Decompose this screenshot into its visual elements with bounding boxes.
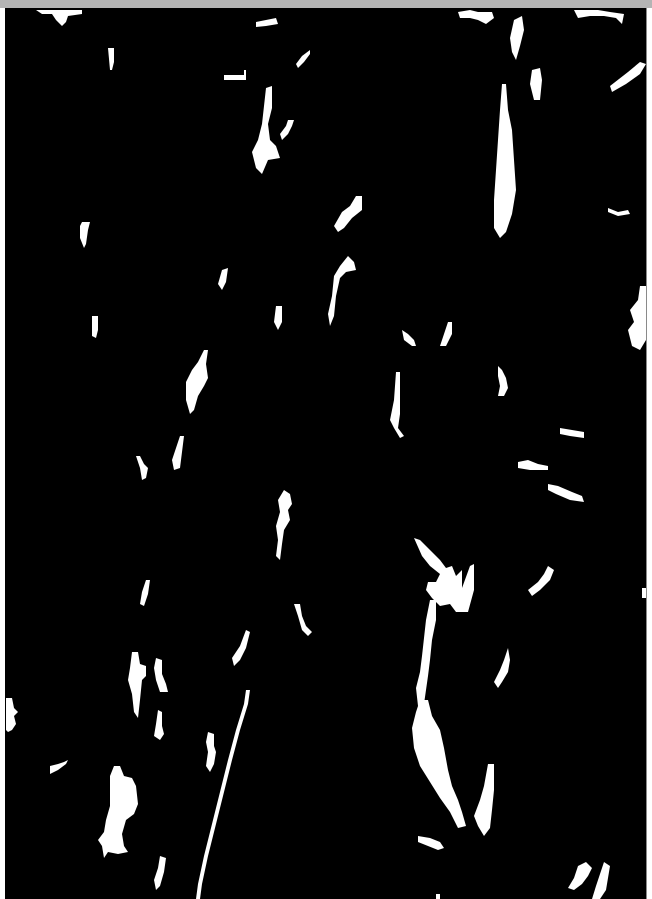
- mask-region: [80, 222, 90, 248]
- mask-region: [510, 16, 524, 60]
- mask-region: [154, 658, 168, 692]
- mask-region: [414, 538, 474, 612]
- mask-region: [494, 648, 510, 688]
- mask-region: [196, 690, 250, 899]
- segmentation-mask: [0, 0, 652, 899]
- mask-region: [458, 10, 494, 24]
- mask-region: [98, 766, 138, 858]
- mask-region: [412, 700, 466, 828]
- mask-region: [328, 256, 356, 326]
- mask-region: [548, 484, 584, 502]
- mask-region: [154, 710, 164, 740]
- mask-region: [628, 286, 646, 350]
- mask-region: [418, 836, 444, 850]
- mask-region: [140, 580, 150, 606]
- mask-region: [530, 68, 542, 100]
- mask-region: [274, 306, 282, 330]
- mask-region: [136, 456, 148, 480]
- mask-region: [402, 330, 416, 346]
- mask-region: [334, 196, 362, 232]
- mask-region: [528, 566, 554, 596]
- mask-region: [416, 600, 436, 706]
- mask-region: [186, 350, 208, 414]
- mask-region: [224, 70, 246, 80]
- mask-region: [256, 18, 278, 27]
- mask-region: [610, 62, 646, 92]
- mask-region: [154, 856, 166, 890]
- mask-region: [296, 50, 310, 68]
- mask-region: [568, 862, 592, 890]
- mask-region: [218, 268, 228, 290]
- mask-region: [642, 588, 646, 598]
- mask-region: [206, 732, 216, 772]
- mask-region: [276, 490, 292, 560]
- mask-region: [440, 322, 452, 346]
- mask-region: [6, 698, 18, 732]
- mask-region: [252, 86, 280, 174]
- mask-region: [498, 366, 508, 396]
- mask-region: [108, 48, 114, 70]
- mask-region: [92, 316, 98, 338]
- mask-region: [294, 604, 312, 636]
- mask-region: [608, 208, 630, 216]
- mask-region: [172, 436, 184, 470]
- mask-region: [560, 428, 584, 438]
- mask-region: [280, 120, 294, 140]
- mask-region: [436, 894, 440, 899]
- mask-region: [36, 10, 82, 26]
- mask-region: [494, 84, 516, 238]
- mask-region: [474, 764, 494, 836]
- mask-region: [574, 10, 624, 24]
- mask-region: [232, 630, 250, 666]
- mask-region: [128, 652, 146, 718]
- mask-region: [592, 862, 610, 899]
- mask-region: [50, 760, 68, 774]
- mask-region: [518, 460, 548, 470]
- mask-region: [390, 372, 404, 438]
